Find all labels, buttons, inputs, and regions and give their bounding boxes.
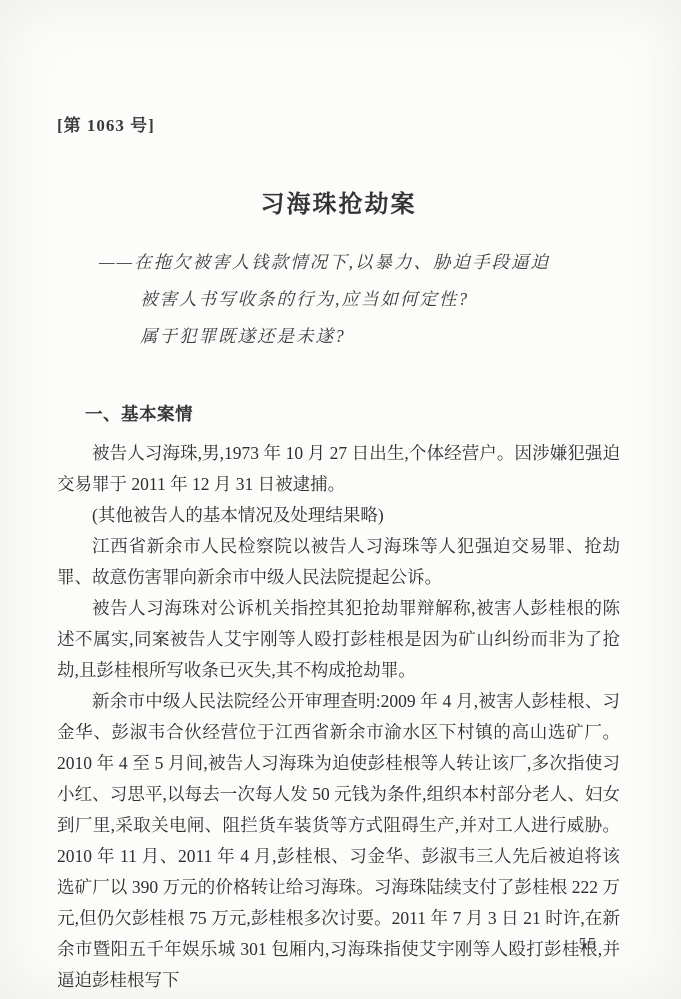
paragraph: 新余市中级人民法院经公开审理查明:2009 年 4 月,被害人彭桂根、习金华、彭… — [57, 686, 620, 996]
paragraph: 被告人习海珠对公诉机关指控其犯抢劫罪辩解称,被害人彭桂根的陈述不属实,同案被告人… — [57, 593, 620, 686]
paragraph: (其他被告人的基本情况及处理结果略) — [57, 500, 620, 531]
paragraph: 被告人习海珠,男,1973 年 10 月 27 日出生,个体经营户。因涉嫌犯强迫… — [57, 438, 620, 500]
page-title: 习海珠抢劫案 — [57, 188, 620, 222]
paragraph: 江西省新余市人民检察院以被告人习海珠等人犯强迫交易罪、抢劫罪、故意伤害罪向新余市… — [57, 531, 620, 593]
section-heading-basic-facts: 一、基本案情 — [57, 401, 620, 427]
subtitle-line-3: 属于犯罪既遂还是未遂? — [57, 318, 620, 355]
subtitle-line-1: ——在拖欠被害人钱款情况下,以暴力、胁迫手段逼迫 — [57, 244, 620, 281]
case-number: [第 1063 号] — [57, 114, 620, 138]
book-page: [第 1063 号] 习海珠抢劫案 ——在拖欠被害人钱款情况下,以暴力、胁迫手段… — [0, 0, 681, 999]
subtitle-line-2: 被害人书写收条的行为,应当如何定性? — [57, 281, 620, 318]
body-text: 被告人习海珠,男,1973 年 10 月 27 日出生,个体经营户。因涉嫌犯强迫… — [57, 438, 620, 996]
page-number: 55 — [579, 934, 598, 954]
case-subtitle: ——在拖欠被害人钱款情况下,以暴力、胁迫手段逼迫 被害人书写收条的行为,应当如何… — [57, 244, 620, 355]
